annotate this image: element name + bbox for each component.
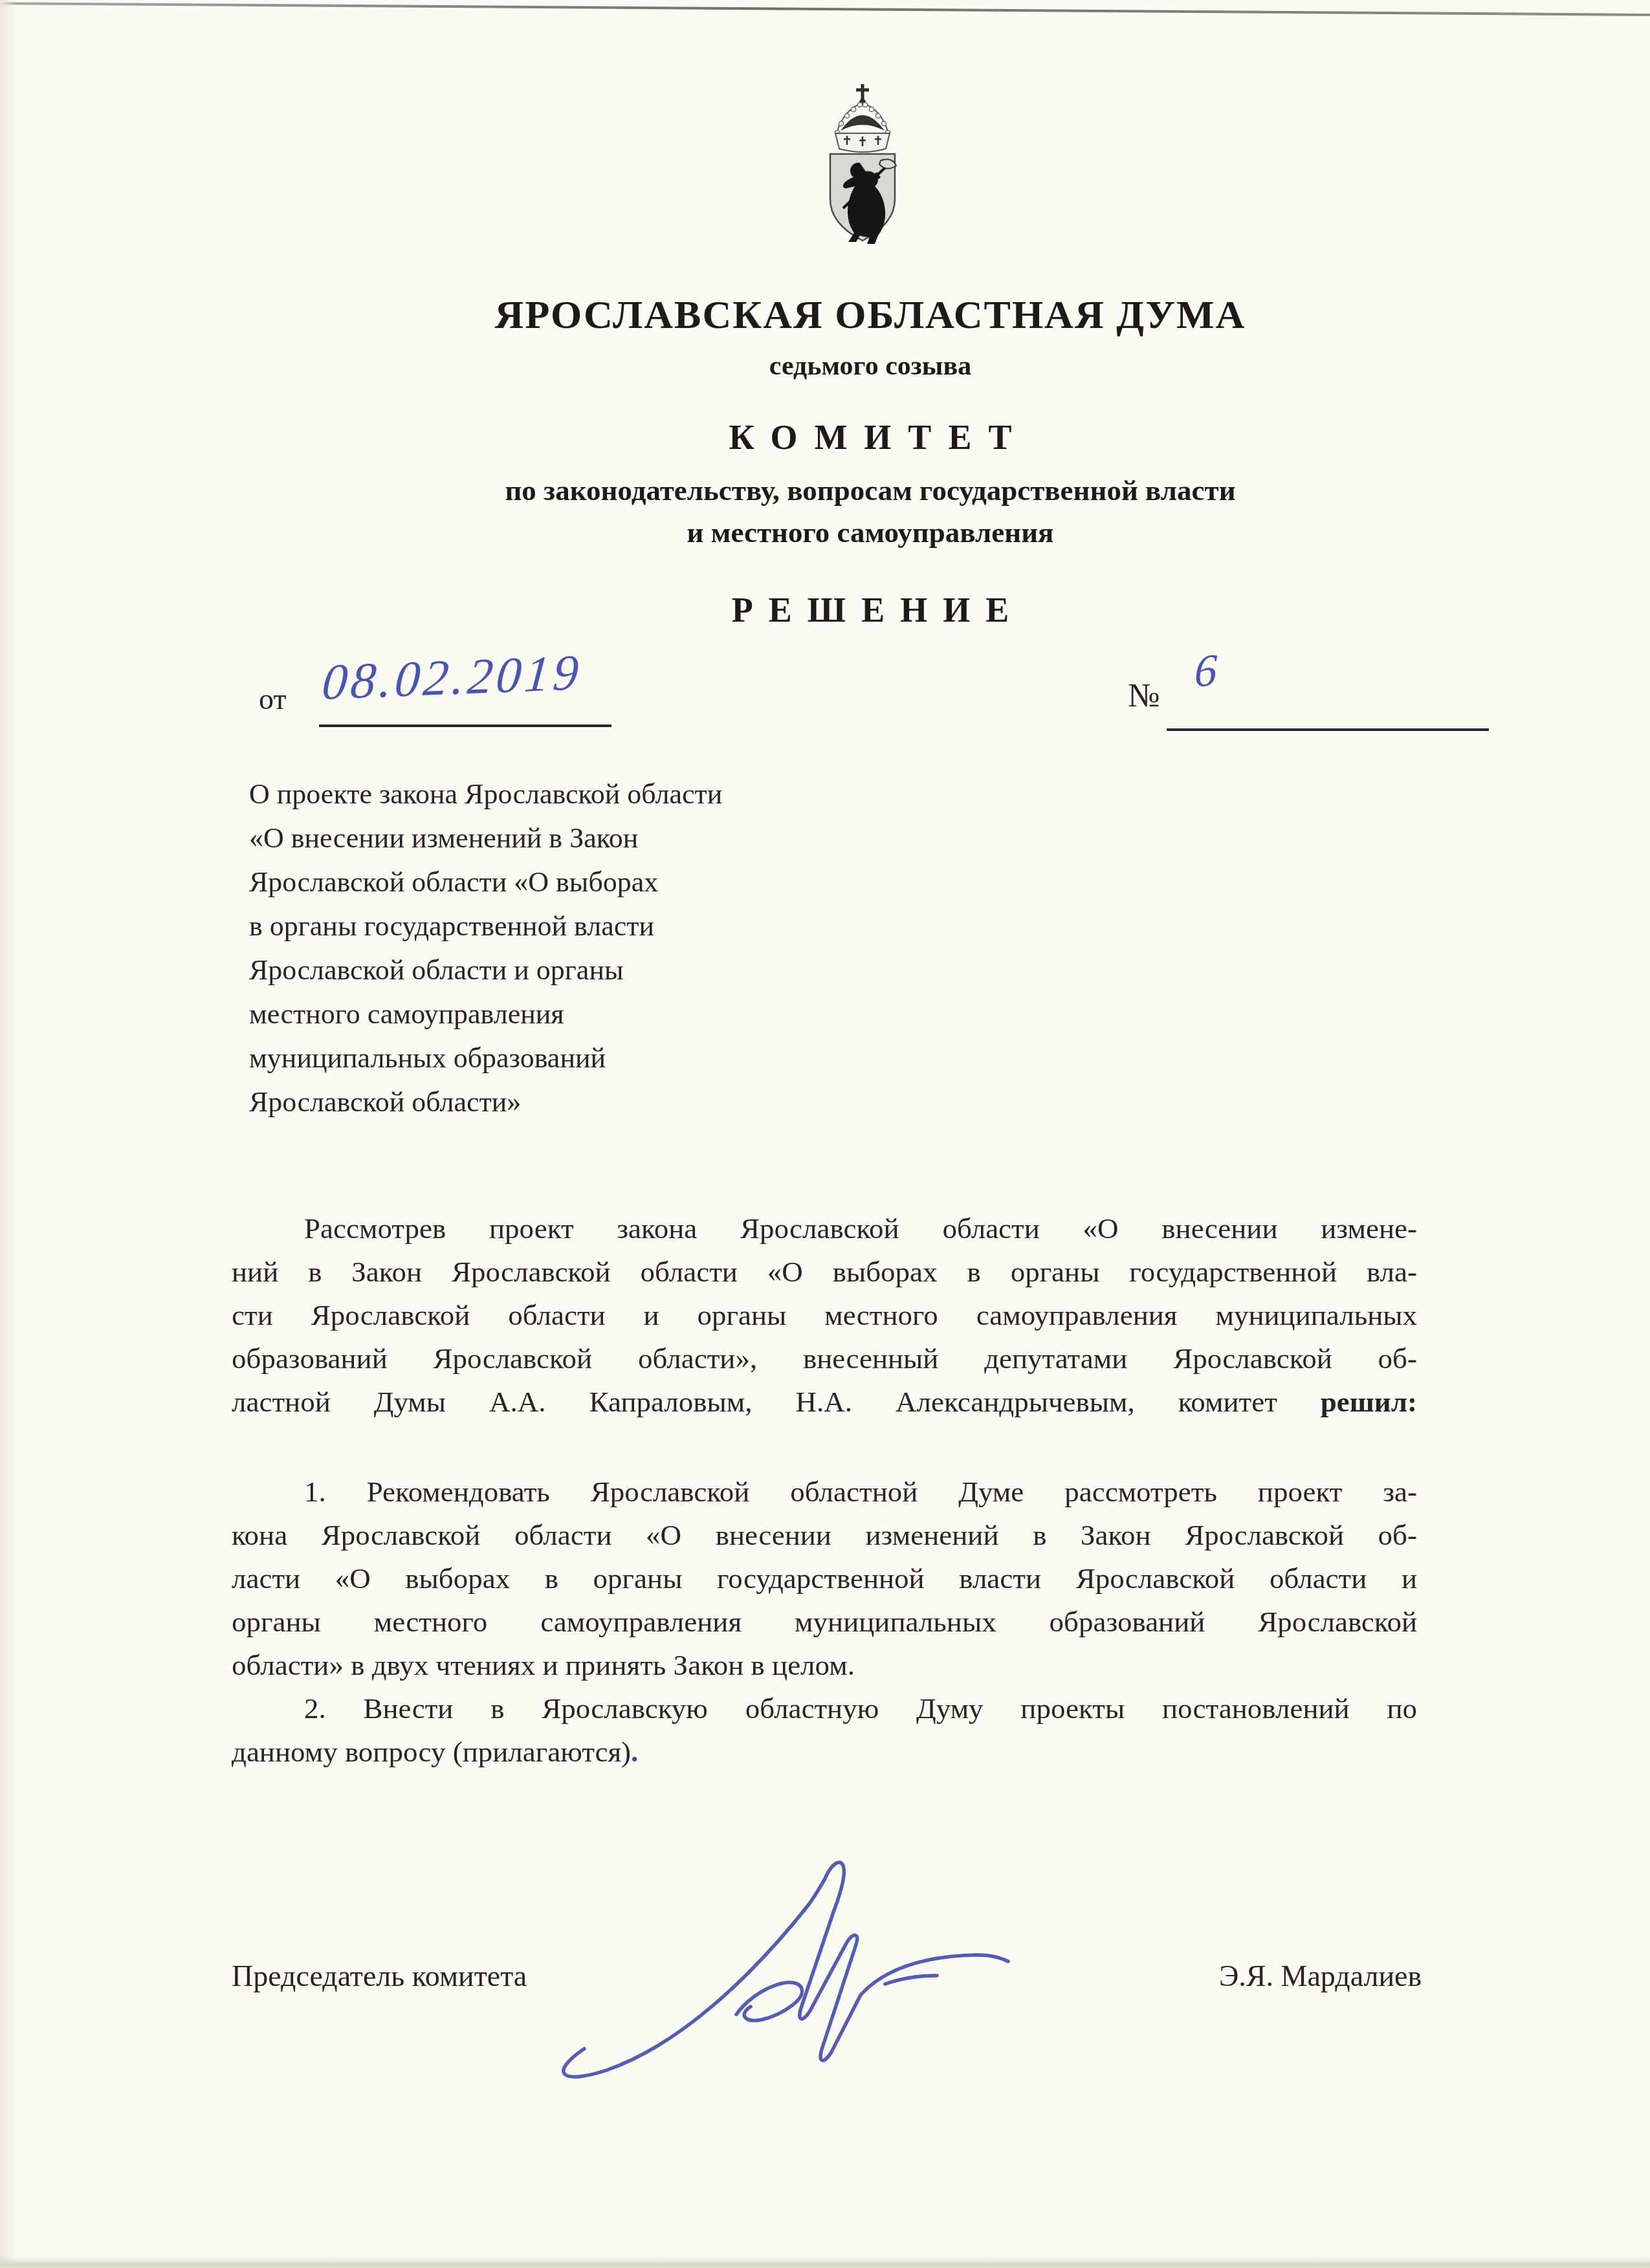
body-line-text: ластной Думы А.А. Капраловым, Н.А. Алекс… [232, 1386, 1321, 1418]
body-line: 2. Внести в Ярославскую областную Думу п… [232, 1687, 1417, 1730]
organization-name: ЯРОСЛАВСКАЯ ОБЛАСТНАЯ ДУМА [45, 292, 1650, 338]
scan-edge-top [0, 2, 1650, 16]
convocation-line: седьмого созыва [45, 351, 1650, 382]
body-text: Рассмотрев проект закона Ярославской обл… [232, 1207, 1417, 1774]
date-underline [319, 725, 611, 727]
subject-block: О проекте закона Ярославской области «О … [249, 772, 806, 1124]
scan-edge-left [0, 0, 17, 2268]
body-line: данному вопросу (прилагаются). [232, 1730, 1417, 1774]
subject-line: в органы государственной власти [249, 904, 806, 948]
committee-heading: КОМИТЕТ [45, 417, 1650, 457]
number-underline [1167, 728, 1489, 731]
subject-line: Ярославской области» [249, 1080, 806, 1124]
body-line: органы местного самоуправления муниципал… [232, 1600, 1417, 1644]
body-line: ластной Думы А.А. Капраловым, Н.А. Алекс… [232, 1380, 1417, 1424]
committee-description-line1: по законодательству, вопросам государств… [45, 474, 1650, 507]
body-line: сти Ярославской области и органы местног… [232, 1294, 1417, 1337]
body-line: ний в Закон Ярославской области «О выбор… [232, 1250, 1417, 1294]
body-line-text: данному вопросу (прилагаются) [232, 1736, 631, 1768]
subject-line: Ярославской области «О выборах [249, 860, 806, 904]
body-line: Рассмотрев проект закона Ярославской обл… [232, 1207, 1417, 1250]
date-label: от [259, 682, 287, 716]
body-line: ласти «О выборах в органы государственно… [232, 1557, 1417, 1600]
signatory-name: Э.Я. Мардалиев [1219, 1959, 1422, 1993]
number-label: № [1128, 677, 1160, 715]
body-line: 1. Рекомендовать Ярославской областной Д… [232, 1470, 1417, 1514]
handwritten-number: 6 [1194, 644, 1218, 699]
yaroslavl-coat-of-arms-icon [817, 82, 908, 250]
subject-line: Ярославской области и органы [249, 948, 806, 992]
subject-line: местного самоуправления [249, 992, 806, 1036]
subject-line: муниципальных образований [249, 1036, 806, 1080]
handwritten-signature [523, 1851, 1034, 2092]
handwritten-date: 08.02.2019 [320, 643, 584, 712]
subject-line: «О внесении изменений в Закон [249, 816, 806, 860]
body-line: области» в двух чтениях и принять Закон … [232, 1644, 1417, 1687]
subject-line: О проекте закона Ярославской области [249, 772, 806, 816]
body-line: образований Ярославской области», внесен… [232, 1337, 1417, 1380]
document-type-heading: РЕШЕНИЕ [45, 590, 1650, 630]
pen-period-mark: . [631, 1736, 638, 1768]
resolved-keyword: решил: [1321, 1386, 1417, 1418]
committee-description-line2: и местного самоуправления [45, 516, 1650, 549]
body-line: кона Ярославской области «О внесении изм… [232, 1514, 1417, 1557]
scanned-document-page: ЯРОСЛАВСКАЯ ОБЛАСТНАЯ ДУМА седьмого созы… [0, 0, 1650, 2268]
signatory-title: Председатель комитета [232, 1959, 527, 1993]
scan-edge-bottom [0, 2256, 1650, 2268]
